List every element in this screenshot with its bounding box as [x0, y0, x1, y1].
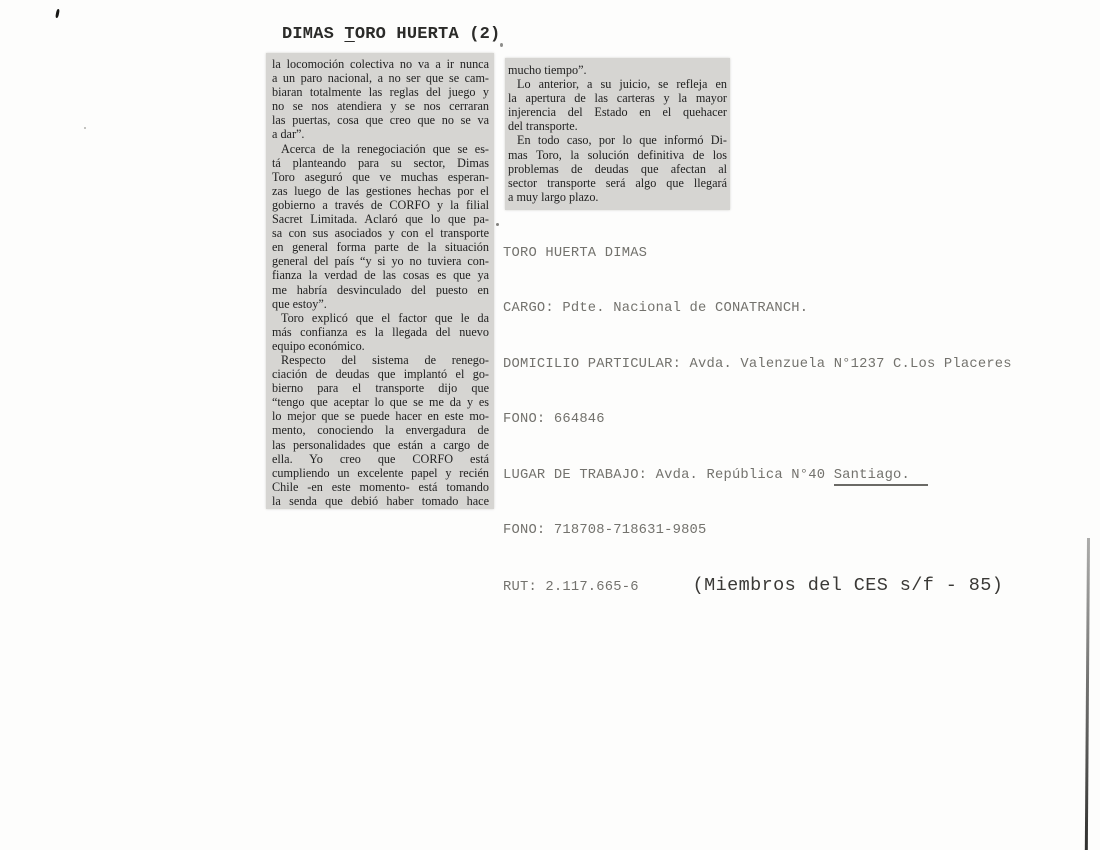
newsprint-line: a un paro nacional, a no ser que se cam- — [272, 71, 489, 85]
newsprint-line: problemas de deudas que afectan al — [508, 162, 727, 176]
typewritten-record: TORO HUERTA DIMAS CARGO: Pdte. Nacional … — [503, 211, 1012, 629]
page-title: DIMAS TORO HUERTA (2) — [282, 25, 500, 44]
newspaper-column-left: la locomoción colectiva no va a ir nunca… — [266, 53, 494, 509]
newsprint-line: Respecto del sistema de renego- — [272, 353, 489, 367]
newsprint-paragraph: Acerca de la renegociación que se es-tá … — [272, 142, 489, 311]
newsprint-line: fianza la verdad de las cosas es que ya — [272, 268, 489, 282]
record-cargo: CARGO: Pdte. Nacional de CONATRANCH. — [503, 296, 1012, 321]
newsprint-line: general del país “y si yo no tuviera con… — [272, 254, 489, 268]
scan-edge-artifact — [1085, 538, 1090, 850]
scan-speck — [55, 9, 60, 18]
newsprint-paragraph: la locomoción colectiva no va a ir nunca… — [272, 57, 489, 142]
newsprint-line: “tengo que aceptar lo que se me da y es — [272, 395, 489, 409]
newsprint-line: mucho tiempo”. — [508, 63, 727, 77]
newsprint-line: En todo caso, por lo que informó Di- — [508, 133, 727, 147]
page-title-post: ORO HUERTA (2) — [355, 25, 501, 44]
scan-speck — [496, 223, 499, 226]
newsprint-line: a muy largo plazo. — [508, 190, 727, 204]
page-title-underlined-letter: T — [344, 25, 354, 44]
newsprint-line: a dar”. — [272, 127, 489, 141]
record-fono-particular: FONO: 664846 — [503, 407, 1012, 432]
scan-speck — [84, 127, 86, 129]
newsprint-paragraph: Toro explicó que el factor que le damás … — [272, 311, 489, 353]
newsprint-line: mas Toro, la solución definitiva de los — [508, 148, 727, 162]
newsprint-line: injerencia del Estado en el quehacer — [508, 105, 727, 119]
newsprint-line: Chile -en este momento- está tomando — [272, 480, 489, 494]
newsprint-line: biaran totalmente las reglas del juego y — [272, 85, 489, 99]
newsprint-line: lo mejor que se puede hacer en este mo- — [272, 409, 489, 423]
newsprint-line: en general forma parte de la situación — [272, 240, 489, 254]
newsprint-line: Sacret Limitada. Aclaró que lo que pa- — [272, 212, 489, 226]
record-lugar-trabajo: LUGAR DE TRABAJO: Avda. República N°40 S… — [503, 463, 1012, 488]
record-rut: RUT: 2.117.665-6 — [503, 580, 639, 595]
record-lugar-trabajo-city: Santiago. — [834, 468, 928, 486]
record-rut-line: RUT: 2.117.665-6(Miembros del CES s/f - … — [503, 573, 1012, 598]
scanned-document-page: DIMAS TORO HUERTA (2) la locomoción cole… — [0, 0, 1100, 850]
newsprint-paragraph: Respecto del sistema de renego-ciación d… — [272, 353, 489, 508]
newsprint-line: del transporte. — [508, 119, 727, 133]
newsprint-line: ciación de deudas que implantó el go- — [272, 367, 489, 381]
newsprint-line: Toro aseguró que ve muchas esperan- — [272, 170, 489, 184]
newsprint-line: las puertas, cosa que creo que no se va — [272, 113, 489, 127]
newsprint-line: que estoy”. — [272, 297, 489, 311]
newsprint-line: la apertura de las carteras y la mayor — [508, 91, 727, 105]
newsprint-line: gobierno a través de CORFO y la filial — [272, 198, 489, 212]
newsprint-line: zas luego de las gestiones hechas por el — [272, 184, 489, 198]
newsprint-line: ella. Yo creo que CORFO está — [272, 452, 489, 466]
newsprint-line: no se nos atendiera y se nos cerraran — [272, 99, 489, 113]
newsprint-line: las personalidades que están a cargo de — [272, 438, 489, 452]
newsprint-paragraph: mucho tiempo”. — [508, 63, 727, 77]
newsprint-line: Acerca de la renegociación que se es- — [272, 142, 489, 156]
newsprint-line: sa con sus asociados y con el transporte — [272, 226, 489, 240]
newsprint-line: más confianza es la llegada del nuevo — [272, 325, 489, 339]
record-name: TORO HUERTA DIMAS — [503, 241, 1012, 266]
newsprint-line: sector transporte será algo que llegará — [508, 176, 727, 190]
record-lugar-trabajo-text: LUGAR DE TRABAJO: Avda. República N°40 — [503, 468, 834, 483]
newspaper-column-right: mucho tiempo”.Lo anterior, a su juicio, … — [505, 58, 730, 210]
page-title-pre: DIMAS — [282, 25, 344, 44]
newsprint-line: Toro explicó que el factor que le da — [272, 311, 489, 325]
newsprint-line: la senda que debió haber tomado hace — [272, 494, 489, 508]
record-fono-trabajo: FONO: 718708-718631-9805 — [503, 518, 1012, 543]
record-ces-annotation: (Miembros del CES s/f - 85) — [693, 575, 1004, 596]
newsprint-line: tá planteando para su sector, Dimas — [272, 156, 489, 170]
newsprint-line: cumpliendo un excelente papel y recién — [272, 466, 489, 480]
record-domicilio: DOMICILIO PARTICULAR: Avda. Valenzuela N… — [503, 352, 1012, 377]
newsprint-paragraph: Lo anterior, a su juicio, se refleja enl… — [508, 77, 727, 133]
newsprint-line: bierno para el transporte dijo que — [272, 381, 489, 395]
newsprint-line: mento, conociendo la envergadura de — [272, 423, 489, 437]
newsprint-line: Lo anterior, a su juicio, se refleja en — [508, 77, 727, 91]
newsprint-paragraph: En todo caso, por lo que informó Di-mas … — [508, 133, 727, 203]
newsprint-line: la locomoción colectiva no va a ir nunca — [272, 57, 489, 71]
newsprint-line: me habría desvinculado del puesto en — [272, 283, 489, 297]
newsprint-line: equipo económico. — [272, 339, 489, 353]
